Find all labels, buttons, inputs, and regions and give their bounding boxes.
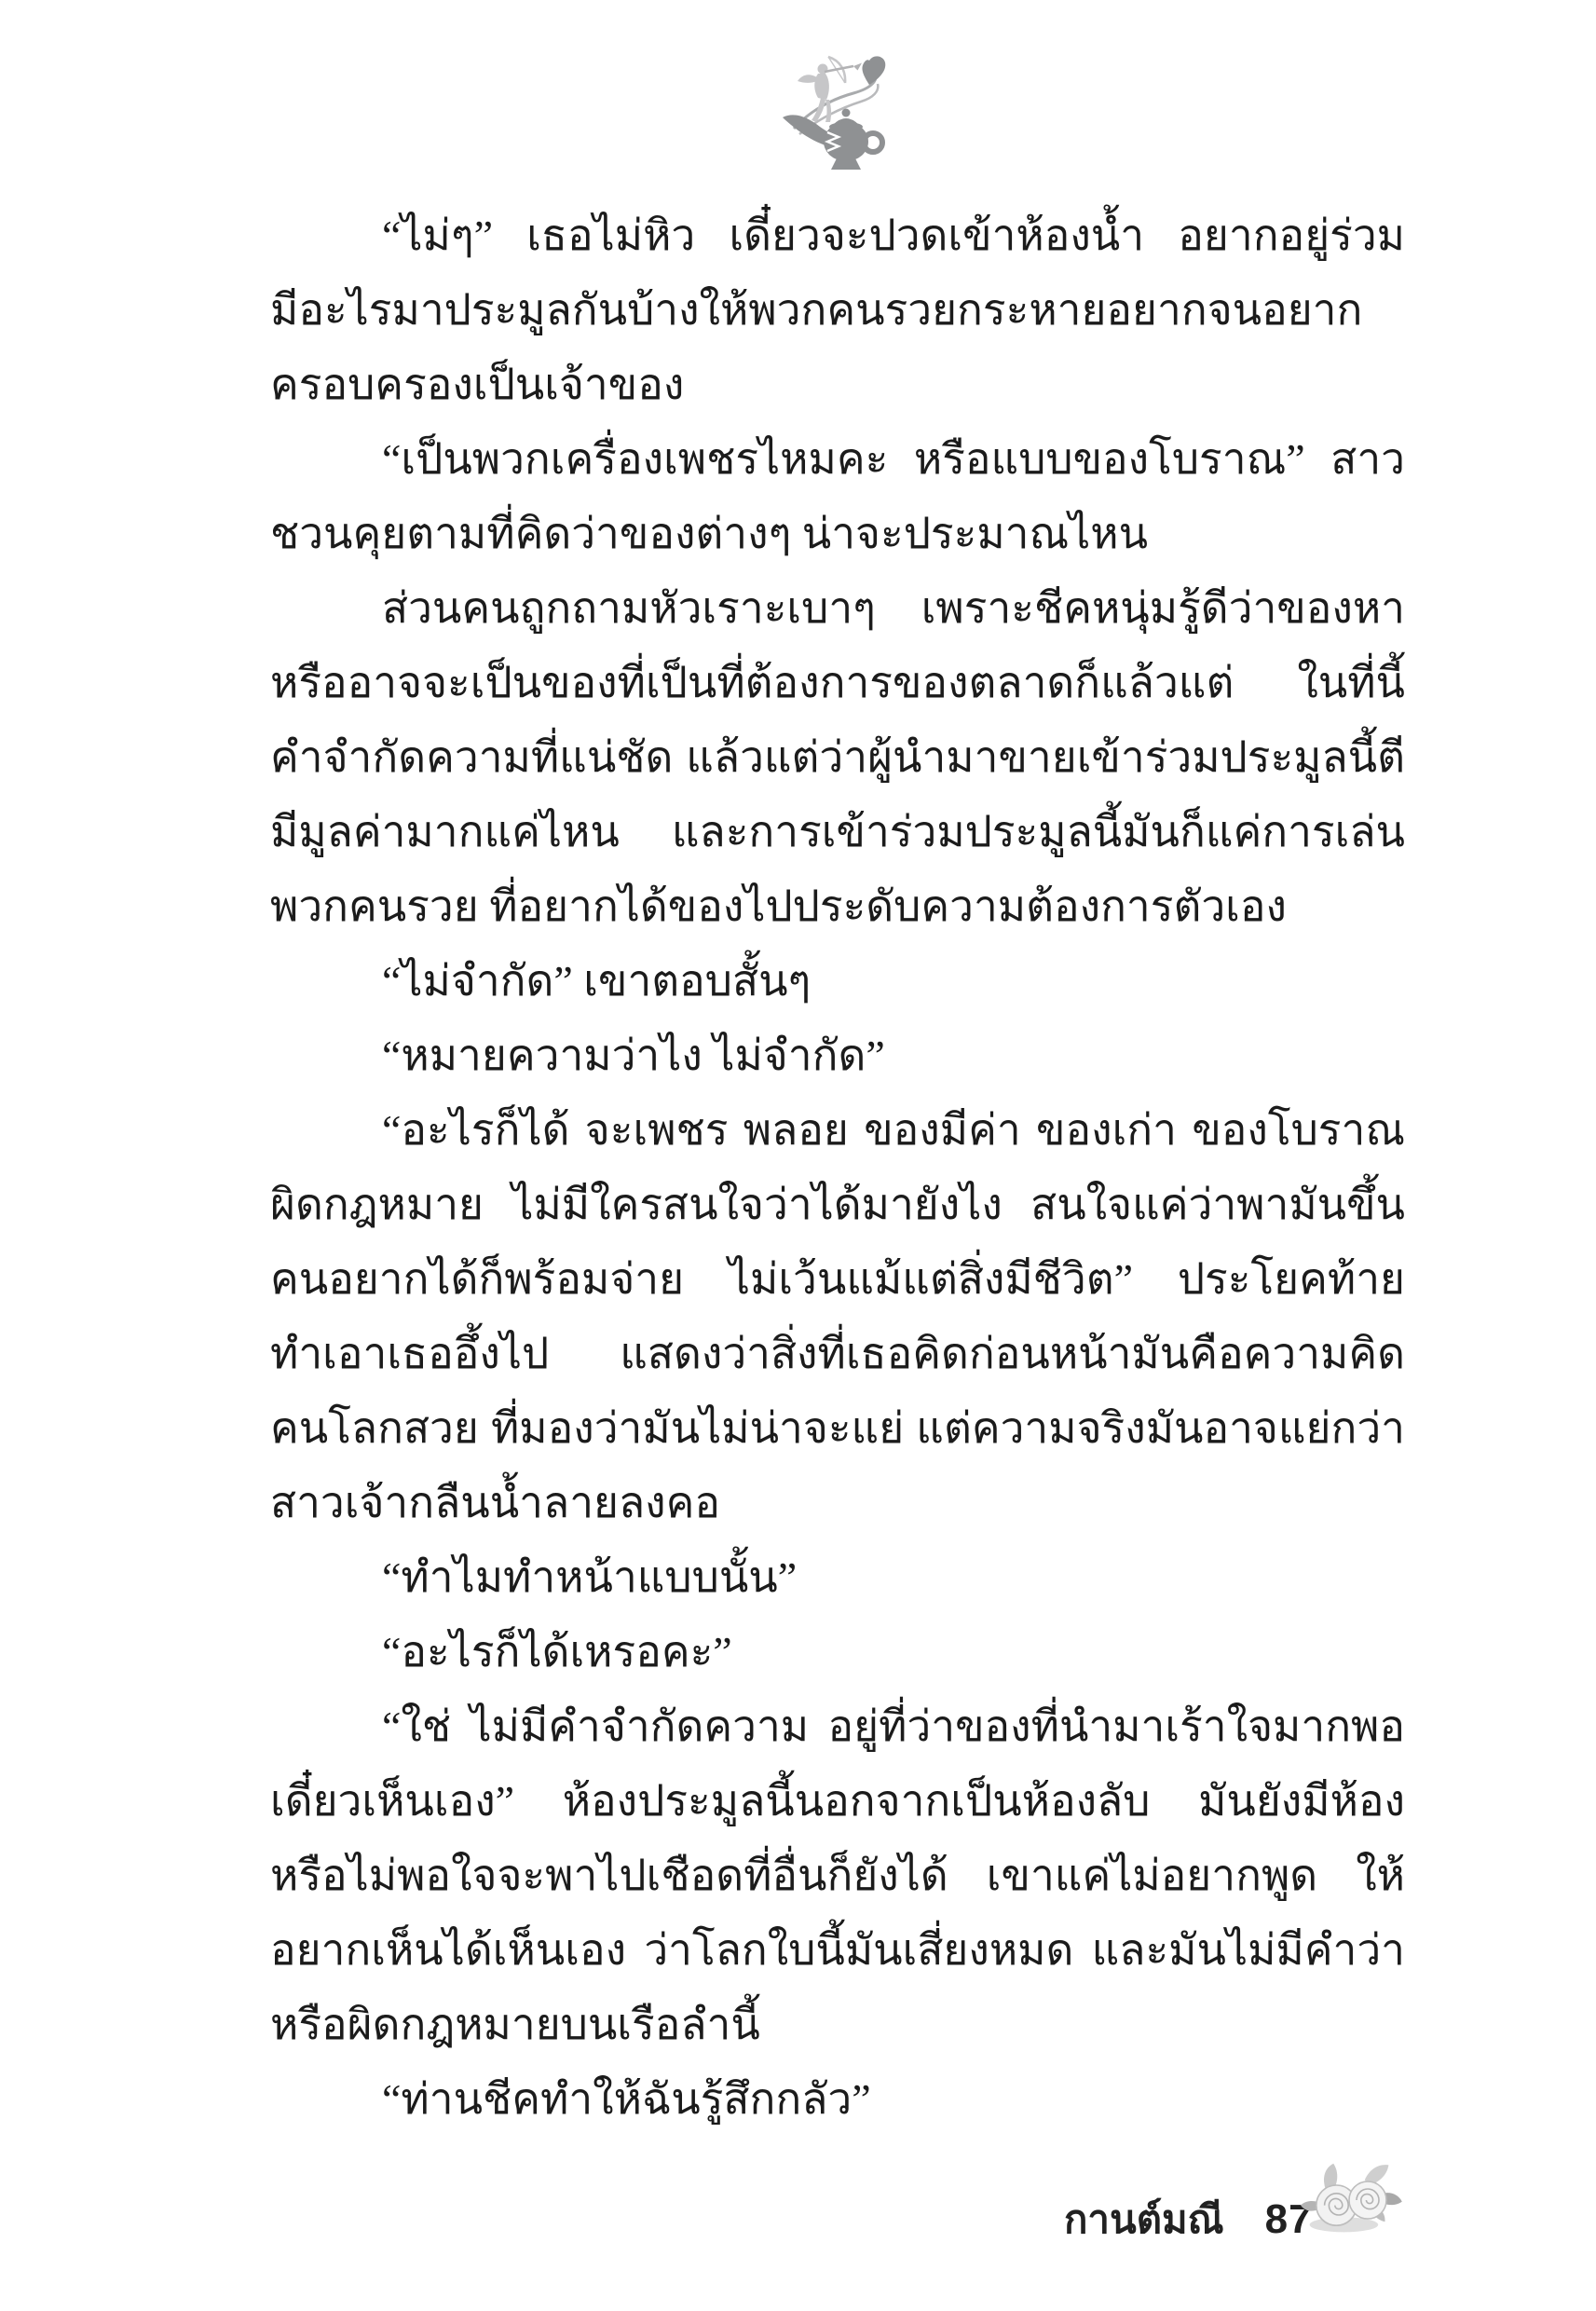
text-line: ส่วนคนถูกถามหัวเราะเบาๆ เพราะชีคหนุ่มรู้… <box>270 571 1405 646</box>
text-line: “ไม่จำกัด” เขาตอบสั้นๆ <box>270 944 1405 1019</box>
paragraph: “อะไรก็ได้เหรอคะ” <box>270 1615 1405 1689</box>
text-line: คำจำกัดความที่แน่ชัด แล้วแต่ว่าผู้นำมาขา… <box>270 720 1405 795</box>
text-line: ผิดกฎหมาย ไม่มีใครสนใจว่าได้มายังไง สนใจ… <box>270 1168 1405 1242</box>
text-line: ทำเอาเธออึ้งไป แสดงว่าสิ่งที่เธอคิดก่อนห… <box>270 1317 1405 1391</box>
text-line: พวกคนรวย ที่อยากได้ของไปประดับความต้องกา… <box>270 869 1405 944</box>
paragraph: “ท่านชีคทำให้ฉันรู้สึกกลัว” <box>270 2062 1405 2137</box>
text-line: เดี๋ยวเห็นเอง” ห้องประมูลนี้นอกจากเป็นห้… <box>270 1764 1405 1839</box>
paragraph: “อะไรก็ได้ จะเพชร พลอย ของมีค่า ของเก่า … <box>270 1093 1405 1540</box>
text-line: อยากเห็นได้เห็นเอง ว่าโลกใบนี้มันเสี่ยงห… <box>270 1913 1405 1988</box>
genie-lamp <box>783 109 882 171</box>
text-line: “ใช่ ไม่มีคำจำกัดความ อยู่ที่ว่าของที่นำ… <box>270 1689 1405 1764</box>
text-line: ชวนคุยตามที่คิดว่าของต่างๆ น่าจะประมาณไห… <box>270 497 1405 571</box>
text-line: “อะไรก็ได้ จะเพชร พลอย ของมีค่า ของเก่า … <box>270 1093 1405 1168</box>
heart-icon <box>862 56 885 85</box>
arrow-head <box>853 63 862 71</box>
text-line: คนอยากได้ก็พร้อมจ่าย ไม่เว้นแม้แต่สิ่งมี… <box>270 1242 1405 1317</box>
rose-right <box>1349 2181 1386 2219</box>
paragraph: “หมายความว่าไง ไม่จำกัด” <box>270 1019 1405 1093</box>
paragraph: “ใช่ ไม่มีคำจำกัดความ อยู่ที่ว่าของที่นำ… <box>270 1689 1405 2062</box>
page-footer: กานต์มณี 87 <box>1064 2182 1313 2257</box>
text-line: “ทำไมทำหน้าแบบนั้น” <box>270 1540 1405 1615</box>
footer-title: กานต์มณี <box>1064 2189 1224 2250</box>
text-line: หรือไม่พอใจจะพาไปเชือดที่อื่นก็ยังได้ เข… <box>270 1839 1405 1913</box>
paragraph: “เป็นพวกเครื่องเพชรไหมคะ หรือแบบของโบราณ… <box>270 422 1405 571</box>
text-line: มีมูลค่ามากแค่ไหน และการเข้าร่วมประมูลนี… <box>270 795 1405 869</box>
paragraph: ส่วนคนถูกถามหัวเราะเบาๆ เพราะชีคหนุ่มรู้… <box>270 571 1405 944</box>
paragraph: “ไม่ๆ” เธอไม่หิว เดี๋ยวจะปวดเข้าห้องน้ำ … <box>270 198 1405 422</box>
text-line: สาวเจ้ากลืนน้ำลายลงคอ <box>270 1466 1405 1540</box>
text-line: “เป็นพวกเครื่องเพชรไหมคะ หรือแบบของโบราณ… <box>270 422 1405 497</box>
text-line: “หมายความว่าไง ไม่จำกัด” <box>270 1019 1405 1093</box>
roses-ornament-icon <box>1301 2156 1405 2244</box>
text-line: “ท่านชีคทำให้ฉันรู้สึกกลัว” <box>270 2062 1405 2137</box>
book-page: “ไม่ๆ” เธอไม่หิว เดี๋ยวจะปวดเข้าห้องน้ำ … <box>0 0 1596 2311</box>
text-line: มีอะไรมาประมูลกันบ้างให้พวกคนรวยกระหายอย… <box>270 273 1405 348</box>
paragraph: “ไม่จำกัด” เขาตอบสั้นๆ <box>270 944 1405 1019</box>
page-body-text: “ไม่ๆ” เธอไม่หิว เดี๋ยวจะปวดเข้าห้องน้ำ … <box>270 198 1405 2137</box>
text-line: “อะไรก็ได้เหรอคะ” <box>270 1615 1405 1689</box>
arrow <box>825 66 853 72</box>
text-line: ครอบครองเป็นเจ้าของ <box>270 348 1405 422</box>
paragraph: “ทำไมทำหน้าแบบนั้น” <box>270 1540 1405 1615</box>
cupid-genie-lamp-icon <box>779 48 893 179</box>
text-line: “ไม่ๆ” เธอไม่หิว เดี๋ยวจะปวดเข้าห้องน้ำ … <box>270 198 1405 273</box>
text-line: หรืออาจจะเป็นของที่เป็นที่ต้องการของตลาด… <box>270 646 1405 720</box>
text-line: หรือผิดกฎหมายบนเรือลำนี้ <box>270 1988 1405 2062</box>
text-line: คนโลกสวย ที่มองว่ามันไม่น่าจะแย่ แต่ความ… <box>270 1391 1405 1466</box>
